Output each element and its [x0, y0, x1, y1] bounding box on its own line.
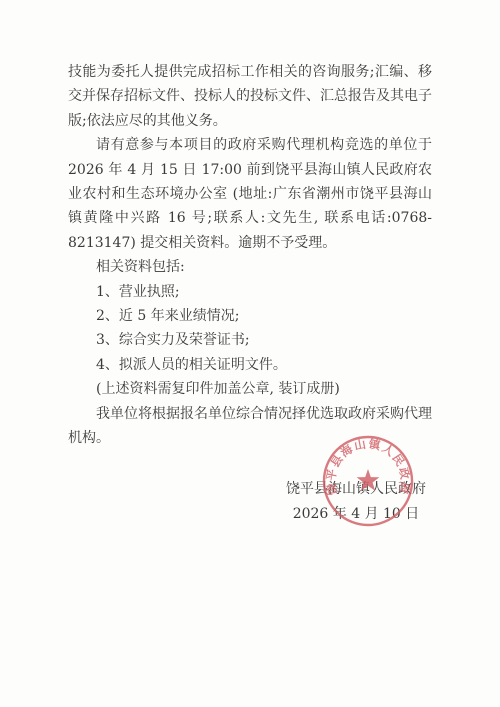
list-item-4: 4、拟派人员的相关证明文件。	[68, 353, 432, 377]
paragraph-materials-heading: 相关资料包括:	[68, 255, 432, 279]
paragraph-binding-note: (上述资料需复印件加盖公章, 装订成册)	[68, 377, 432, 401]
svg-text:饶平县海山镇人民政府: 饶平县海山镇人民政府	[324, 436, 413, 496]
scanned-document-page: 技能为委托人提供完成招标工作相关的咨询服务;汇编、移交并保存招标文件、投标人的投…	[0, 0, 500, 707]
seal-arc-text: 饶平县海山镇人民政府	[324, 436, 413, 496]
list-item-1: 1、营业执照;	[68, 280, 432, 304]
document-body: 技能为委托人提供完成招标工作相关的咨询服务;汇编、移交并保存招标文件、投标人的投…	[68, 60, 432, 451]
list-item-3: 3、综合实力及荣誉证书;	[68, 328, 432, 352]
official-seal: 饶平县海山镇人民政府	[318, 431, 418, 531]
list-item-2: 2、近 5 年来业绩情况;	[68, 304, 432, 328]
seal-star-icon	[357, 469, 380, 491]
paragraph-continuation: 技能为委托人提供完成招标工作相关的咨询服务;汇编、移交并保存招标文件、投标人的投…	[68, 60, 432, 133]
paragraph-submission-instructions: 请有意参与本项目的政府采购代理机构竞选的单位于 2026 年 4 月 15 日 …	[68, 133, 432, 255]
